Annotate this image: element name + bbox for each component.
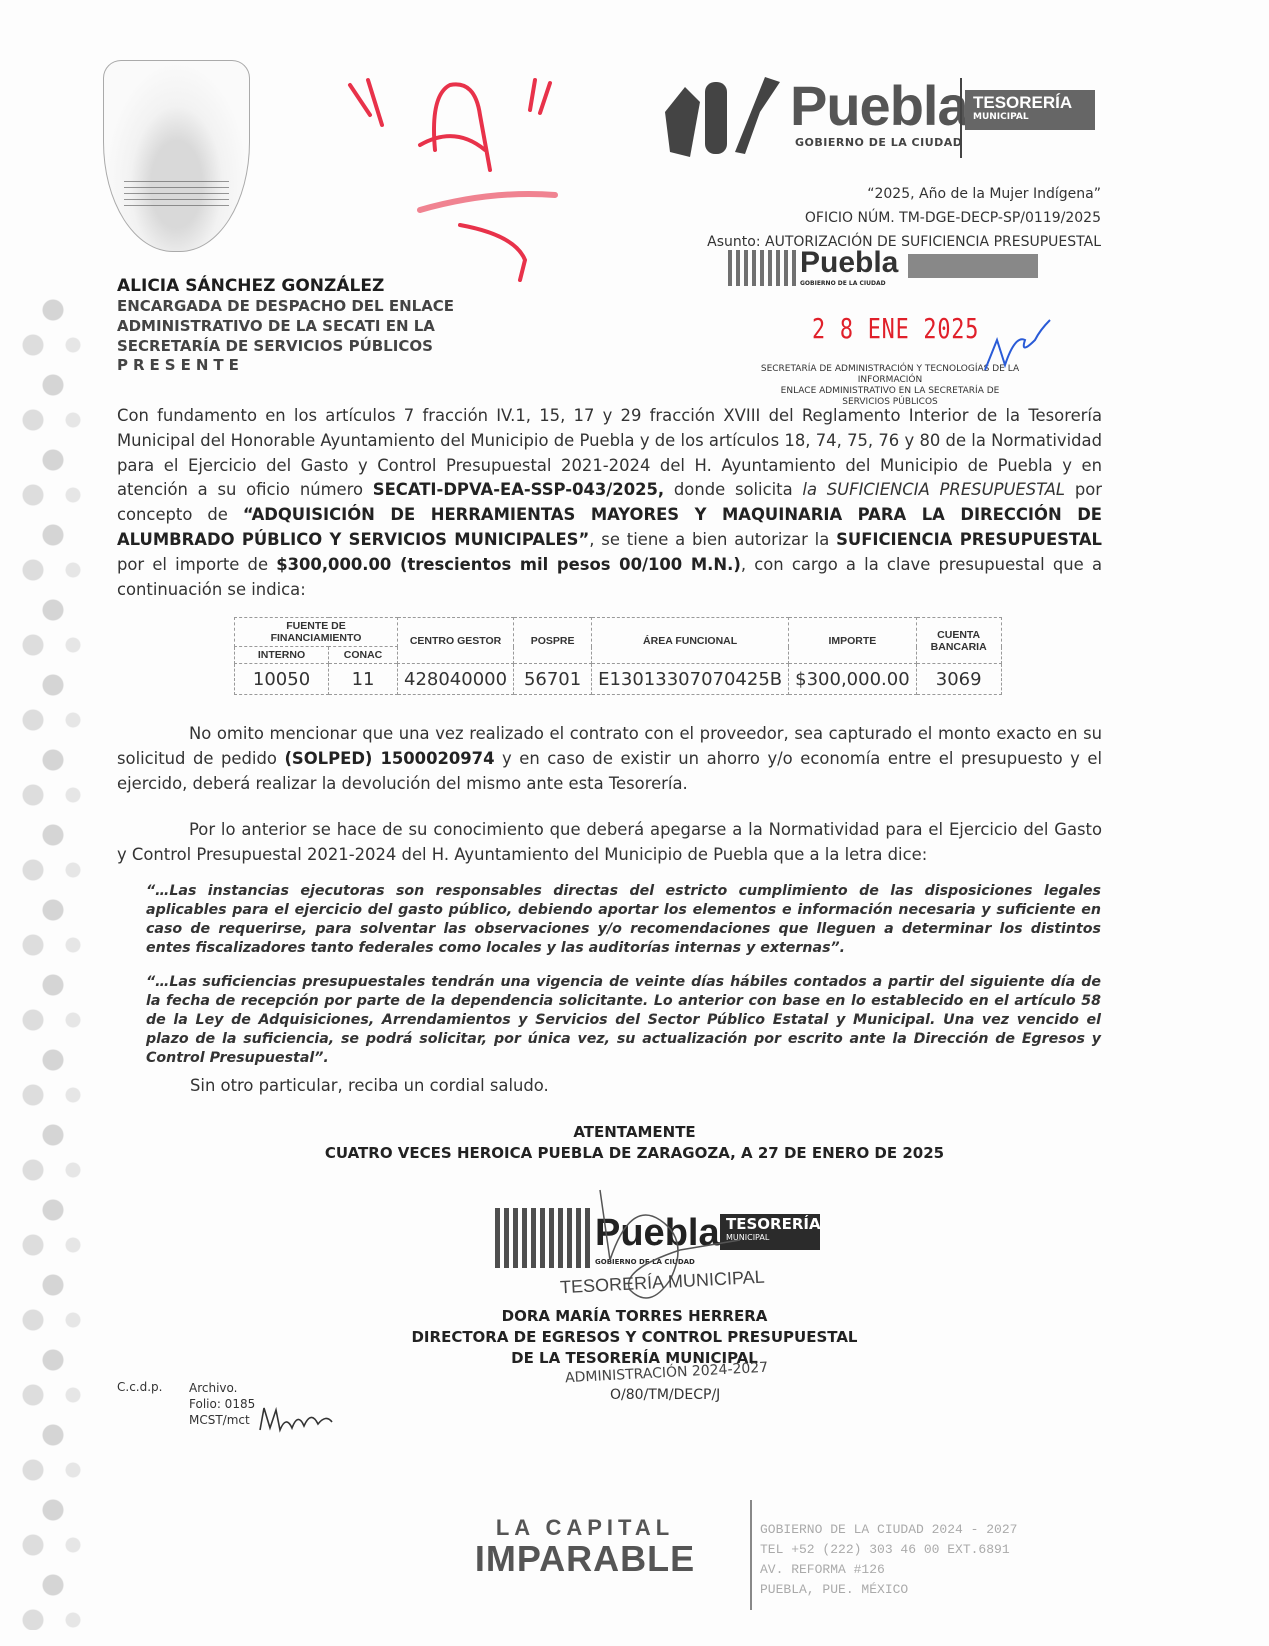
year-motto: “2025, Año de la Mujer Indígena” [867, 186, 1101, 202]
text: , se tiene a bien autorizar la [589, 530, 836, 549]
text: donde solicita [664, 480, 802, 499]
signature-heading: ATENTAMENTE CUATRO VECES HEROICA PUEBLA … [0, 1122, 1269, 1164]
ccp-item: MCST/mct [189, 1412, 255, 1428]
column-header: CUENTA BANCARIA [916, 618, 1001, 664]
cell-conac: 11 [329, 664, 398, 695]
column-header: IMPORTE [789, 618, 917, 664]
role-line: SECRETARÍA DE SERVICIOS PÚBLICOS [117, 336, 497, 356]
text: SUFICIENCIA PRESUPUESTAL [836, 530, 1102, 549]
closing-greeting: Sin otro particular, reciba un cordial s… [190, 1076, 549, 1095]
stamp-wordmark: Puebla [800, 246, 898, 280]
text: por el importe de [117, 555, 276, 574]
authorized-amount: $300,000.00 (trescientos mil pesos 00/10… [276, 555, 741, 574]
badge-subtitle: MUNICIPAL [973, 112, 1087, 122]
cell-area-funcional: E13013307070425B [592, 664, 789, 695]
decorative-border [18, 290, 88, 1630]
presente-label: PRESENTE [117, 356, 497, 374]
footer-divider [750, 1500, 752, 1610]
initials-signature-icon [256, 1400, 336, 1440]
handwritten-signature-icon [560, 1180, 760, 1320]
address-line: GOBIERNO DE LA CIUDAD 2024 - 2027 [760, 1520, 1017, 1540]
address-line: PUEBLA, PUE. MÉXICO [760, 1580, 1017, 1600]
table-group-header: FUENTE DE FINANCIAMIENTO [235, 618, 398, 647]
addressee-block: ALICIA SÁNCHEZ GONZÁLEZ ENCARGADA DE DES… [117, 276, 497, 374]
role-line: ENCARGADA DE DESPACHO DEL ENLACE [117, 296, 497, 316]
ccp-label: C.c.d.p. [117, 1380, 162, 1394]
brand-line: IMPARABLE [455, 1541, 715, 1577]
footer-brand: LA CAPITAL IMPARABLE [455, 1515, 715, 1585]
role-line: ADMINISTRATIVO DE LA SECATI EN LA [117, 316, 497, 336]
logo-divider [960, 78, 962, 158]
table-row: 10050 11 428040000 56701 E13013307070425… [235, 664, 1002, 695]
tesoreria-badge: TESORERÍA MUNICIPAL [965, 90, 1095, 130]
column-header: POSPRE [514, 618, 592, 664]
received-date-stamp: 2 8 ENE 2025 [812, 312, 979, 345]
handwritten-a-mark-icon [340, 55, 560, 285]
blue-initials-signature-icon [975, 300, 1055, 380]
footer-address: GOBIERNO DE LA CIUDAD 2024 - 2027 TEL +5… [760, 1520, 1017, 1600]
logo-wordmark: Puebla [790, 76, 968, 136]
oficio-reference: SECATI-DPVA-EA-SSP-043/2025, [373, 480, 664, 499]
signer-name: DORA MARÍA TORRES HERRERA [0, 1306, 1269, 1327]
cell-interno: 10050 [235, 664, 329, 695]
cell-importe: $300,000.00 [789, 664, 917, 695]
text: la SUFICIENCIA PRESUPUESTAL [802, 480, 1065, 499]
stamp-subtitle: GOBIERNO DE LA CIUDAD [800, 280, 886, 287]
atentamente-label: ATENTAMENTE [573, 1123, 695, 1141]
badge-title: TESORERÍA [973, 94, 1087, 112]
cell-cuenta-bancaria: 3069 [916, 664, 1001, 695]
puebla-tesoreria-logo: Puebla GOBIERNO DE LA CIUDAD TESORERÍA M… [660, 72, 1100, 162]
solped-number: (SOLPED) 1500020974 [284, 749, 494, 768]
cell-centro-gestor: 428040000 [398, 664, 514, 695]
seal-code: O/80/TM/DECP/J [610, 1387, 720, 1403]
place-date: CUATRO VECES HEROICA PUEBLA DE ZARAGOZA,… [0, 1143, 1269, 1164]
column-header: INTERNO [235, 647, 329, 664]
quote-responsibility: “…Las instancias ejecutoras son responsa… [146, 882, 1101, 958]
cell-pospre: 56701 [514, 664, 592, 695]
addressee-name: ALICIA SÁNCHEZ GONZÁLEZ [117, 276, 497, 296]
column-header: CONAC [329, 647, 398, 664]
paragraph-authorization: Con fundamento en los artículos 7 fracci… [117, 404, 1102, 602]
puebla-emblem-icon [728, 250, 796, 286]
oficio-number: OFICIO NÚM. TM-DGE-DECP-SP/0119/2025 [805, 210, 1101, 226]
quote-validity: “…Las suficiencias presupuestales tendrá… [146, 973, 1101, 1068]
addressee-role: ENCARGADA DE DESPACHO DEL ENLACE ADMINIS… [117, 296, 497, 356]
received-stamp-logo: Puebla GOBIERNO DE LA CIUDAD [728, 248, 1038, 292]
stamp-line: ENLACE ADMINISTRATIVO EN LA SECRETARÍA D… [700, 386, 1080, 397]
address-line: TEL +52 (222) 303 46 00 EXT.6891 [760, 1540, 1017, 1560]
address-line: AV. REFORMA #126 [760, 1560, 1017, 1580]
budget-key-table: FUENTE DE FINANCIAMIENTO CENTRO GESTOR P… [234, 617, 1002, 695]
column-header: CENTRO GESTOR [398, 618, 514, 664]
column-header: ÁREA FUNCIONAL [592, 618, 789, 664]
logo-subtitle: GOBIERNO DE LA CIUDAD [795, 136, 962, 149]
ccp-list: Archivo. Folio: 0185 MCST/mct [189, 1380, 255, 1428]
ccp-item: Folio: 0185 [189, 1396, 255, 1412]
ccp-item: Archivo. [189, 1380, 255, 1396]
signer-title: DIRECTORA DE EGRESOS Y CONTROL PRESUPUES… [0, 1327, 1269, 1348]
puebla-emblem-icon [660, 72, 785, 157]
paragraph-solped: No omito mencionar que una vez realizado… [117, 722, 1102, 796]
stamp-badge [908, 254, 1038, 278]
signer-block: DORA MARÍA TORRES HERRERA DIRECTORA DE E… [0, 1306, 1269, 1369]
paragraph-normatividad: Por lo anterior se hace de su conocimien… [117, 818, 1102, 868]
city-shield-icon [103, 60, 250, 252]
